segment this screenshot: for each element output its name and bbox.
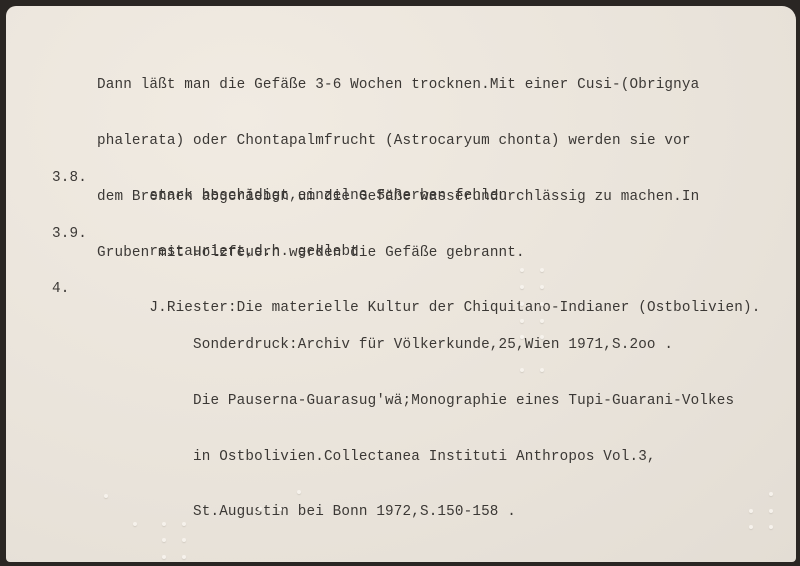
reference-line: Die Pauserna-Guarasug'wä;Monographie ein… [97, 373, 797, 392]
numbered-items: 3.8. stark beschädigt,einzelne Scherben … [97, 113, 797, 541]
item-text: J.Riester:Die materielle Kultur der Chiq… [149, 300, 760, 316]
item-text: restauriert,d.h. geklebt [149, 244, 359, 260]
item-row: 4. J.Riester:Die materielle Kultur der C… [97, 262, 797, 281]
item-row: 3.9. restauriert,d.h. geklebt [97, 206, 797, 225]
item-number: 3.9. [52, 225, 87, 244]
item-number: 4. [52, 280, 69, 299]
item-row: 3.8. stark beschädigt,einzelne Scherben … [97, 150, 797, 169]
reference-line: St.Augustin bei Bonn 1972,S.150-158 . [97, 485, 797, 504]
item-number: 3.8. [52, 169, 87, 188]
reference-line: Sonderdruck:Archiv für Völkerkunde,25,Wi… [97, 318, 797, 337]
index-card: Dann läßt man die Gefäße 3-6 Wochen troc… [6, 6, 796, 562]
item-text: stark beschädigt,einzelne Scherben fehle… [149, 188, 507, 204]
reference-line: in Ostbolivien.Collectanea Instituti Ant… [97, 429, 797, 448]
paragraph-line: Dann läßt man die Gefäße 3-6 Wochen troc… [97, 76, 699, 95]
